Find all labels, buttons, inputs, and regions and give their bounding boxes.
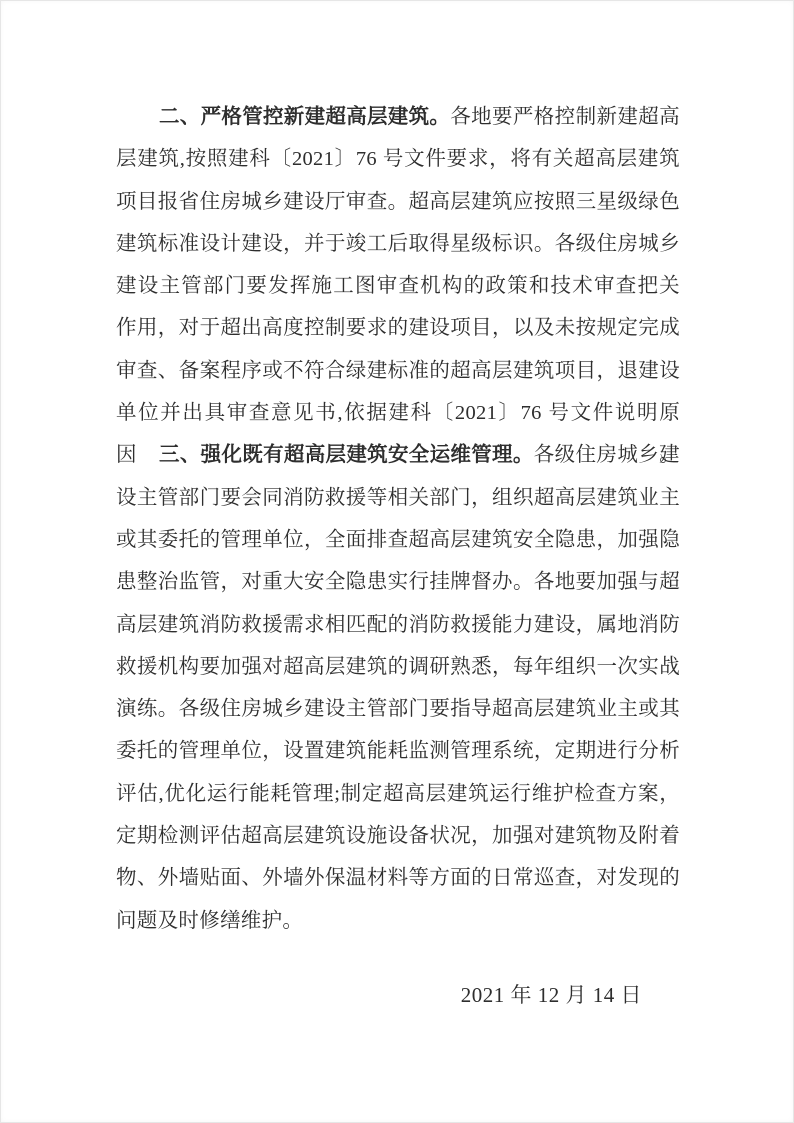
text-line: 委托的管理单位，设置建筑能耗监测管理系统，定期进行分析 [116, 730, 680, 772]
date-line: 2021 年 12 月 14 日 [461, 974, 642, 1016]
paragraph-body-text: 患整治监管，对重大安全隐患实行挂牌督办。各地要加强与超 [116, 571, 680, 593]
text-line: 物、外墙贴面、外墙外保温材料等方面的日常巡查，对发现的 [116, 857, 680, 899]
text-line: 高层建筑消防救援需求相匹配的消防救援能力建设，属地消防 [116, 604, 680, 646]
paragraph-body-text: 评估,优化运行能耗管理;制定超高层建筑运行维护检查方案， [116, 783, 680, 805]
paragraph-body-text: 各地要严格控制新建超高 [450, 106, 680, 128]
text-line: 定期检测评估超高层建筑设施设备状况，加强对建筑物及附着 [116, 815, 680, 857]
text-line: 演练。各级住房城乡建设主管部门要指导超高层建筑业主或其 [116, 688, 680, 730]
text-line: 作用，对于超出高度控制要求的建设项目，以及未按规定完成 [116, 307, 680, 349]
paragraph-heading-text: 二、严格管控新建超高层建筑。 [159, 105, 450, 128]
paragraph-body-text: 审查、备案程序或不符合绿建标准的超高层建筑项目，退建设 [116, 360, 680, 382]
text-line: 评估,优化运行能耗管理;制定超高层建筑运行维护检查方案， [116, 773, 680, 815]
text-line: 审查、备案程序或不符合绿建标准的超高层建筑项目，退建设 [116, 350, 680, 392]
text-line: 项目报省住房城乡建设厅审查。超高层建筑应按照三星级绿色 [116, 181, 680, 223]
paragraph-body-text: 高层建筑消防救援需求相匹配的消防救援能力建设，属地消防 [116, 614, 680, 636]
paragraph-body-text: 演练。各级住房城乡建设主管部门要指导超高层建筑业主或其 [116, 698, 680, 720]
document-body: 二、严格管控新建超高层建筑。各地要严格控制新建超高层建筑,按照建科〔2021〕7… [116, 96, 680, 942]
paragraph-body-text: 各级住房城乡建 [534, 444, 680, 466]
document-page: 二、严格管控新建超高层建筑。各地要严格控制新建超高层建筑,按照建科〔2021〕7… [0, 0, 794, 1123]
paragraph-body-text: 物、外墙贴面、外墙外保温材料等方面的日常巡查，对发现的 [116, 867, 680, 889]
paragraph-body-text: 或其委托的管理单位，全面排查超高层建筑安全隐患，加强隐 [116, 529, 680, 551]
text-line: 救援机构要加强对超高层建筑的调研熟悉，每年组织一次实战 [116, 646, 680, 688]
text-line: 单位并出具审查意见书,依据建科〔2021〕76 号文件说明原因。 [116, 392, 680, 434]
text-line: 问题及时修缮维护。 [116, 900, 680, 942]
paragraph-body-text: 定期检测评估超高层建筑设施设备状况，加强对建筑物及附着 [116, 825, 680, 847]
text-line: 或其委托的管理单位，全面排查超高层建筑安全隐患，加强隐 [116, 519, 680, 561]
paragraph-body-text: 委托的管理单位，设置建筑能耗监测管理系统，定期进行分析 [116, 740, 680, 762]
text-line: 二、严格管控新建超高层建筑。各地要严格控制新建超高 [116, 96, 680, 138]
paragraph-body-text: 问题及时修缮维护。 [116, 910, 303, 932]
paragraph-body-text: 作用，对于超出高度控制要求的建设项目，以及未按规定完成 [116, 317, 680, 339]
paragraph-body-text: 层建筑,按照建科〔2021〕76 号文件要求，将有关超高层建筑 [116, 148, 680, 170]
text-line: 患整治监管，对重大安全隐患实行挂牌督办。各地要加强与超 [116, 561, 680, 603]
paragraph-body-text: 设主管部门要会同消防救援等相关部门，组织超高层建筑业主 [116, 487, 680, 509]
text-line: 建设主管部门要发挥施工图审查机构的政策和技术审查把关 [116, 265, 680, 307]
paragraph-body-text: 建设主管部门要发挥施工图审查机构的政策和技术审查把关 [116, 275, 680, 297]
paragraph-body-text: 建筑标准设计建设，并于竣工后取得星级标识。各级住房城乡 [116, 233, 680, 255]
text-line: 设主管部门要会同消防救援等相关部门，组织超高层建筑业主 [116, 477, 680, 519]
text-line: 层建筑,按照建科〔2021〕76 号文件要求，将有关超高层建筑 [116, 138, 680, 180]
text-line: 三、强化既有超高层建筑安全运维管理。各级住房城乡建 [116, 434, 680, 476]
paragraph-body-text: 项目报省住房城乡建设厅审查。超高层建筑应按照三星级绿色 [116, 191, 680, 213]
paragraph-heading-text: 三、强化既有超高层建筑安全运维管理。 [159, 443, 534, 466]
paragraph-body-text: 救援机构要加强对超高层建筑的调研熟悉，每年组织一次实战 [116, 656, 680, 678]
text-line: 建筑标准设计建设，并于竣工后取得星级标识。各级住房城乡 [116, 223, 680, 265]
